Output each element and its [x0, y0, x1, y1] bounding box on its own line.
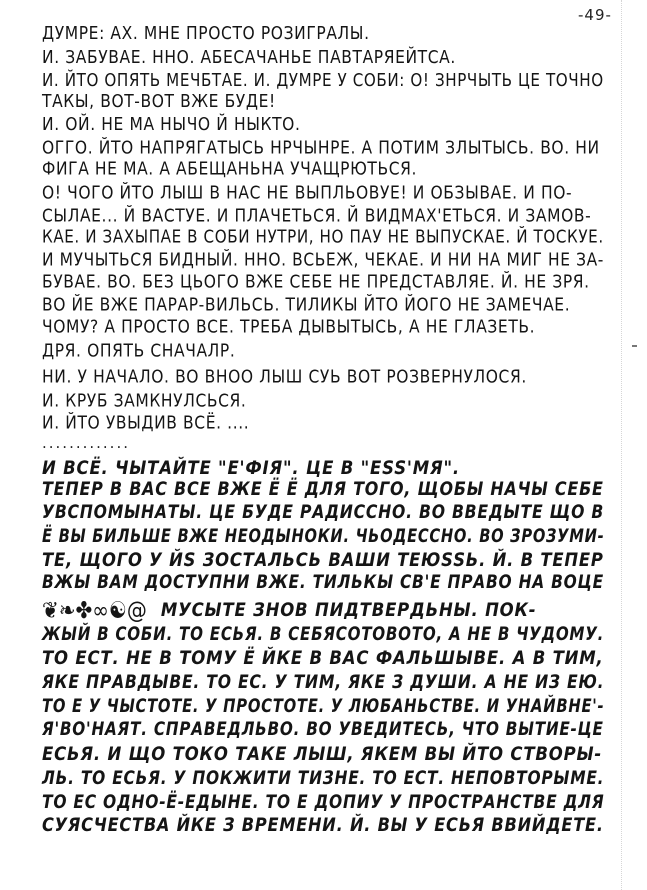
- handwritten-page: -49- ДУМРЕ: АХ. МНЕ ПРОСТО РОЗИГРАЛЫ. И.…: [0, 0, 647, 890]
- text-line: ТАКЫ, ВОТ-ВОТ ВЖЕ БУДЕ!: [42, 91, 276, 112]
- text-line: ТО ЕСТ. НЕ В ТОМУ Ё ЙКЕ В ВАС ФАЛЬШЫВЕ. …: [42, 647, 604, 669]
- text-line: БУВАЕ. ВО. БЕЗ ЦЬОГО ВЖЕ СЕБЕ НЕ ПРЕДСТА…: [42, 272, 590, 293]
- text-line: ЛЬ. ТО ЕСЬЯ. У ПОКЖИТИ ТИЗНЕ. ТО ЕСТ. НЕ…: [42, 767, 604, 789]
- text-line: ВЖЫ ВАМ ДОСТУПНИ ВЖЕ. ТИЛЬКЫ СВ'Е ПРАВО …: [42, 571, 604, 593]
- text-line-tail: МУСЫТЕ ЗНОВ ПИДТВЕРДЬНЫ. ПОК-: [161, 599, 537, 621]
- page-number: -49-: [578, 6, 612, 24]
- text-line: ТО ЕС ОДНО-Ё-ЕДЫНЕ. ТО Е ДОПИУ У ПРОСТРА…: [42, 791, 604, 813]
- text-line: ЕСЬЯ. И ЩО ТОКО ТАКЕ ЛЫШ, ЯКЕМ ВЫ ЙТО СТ…: [42, 743, 602, 765]
- text-line: ТЕПЕР В ВАС ВСЕ ВЖЕ Ё Ё ДЛЯ ТОГО, ЩОБЫ Н…: [42, 478, 604, 500]
- text-line: ОГГО. ЙТО НАПРЯГАТЫСЬ НРЧЫНРЕ. А ПОТИМ З…: [42, 138, 600, 159]
- text-line: ФИГА НЕ МА. А АБЕЩАНЬНА УЧАЩРЮТЬСЯ.: [42, 159, 417, 180]
- text-line: И. ОЙ. НЕ МА НЫЧО Й НЫКТО.: [42, 114, 301, 135]
- text-line: ДРЯ. ОПЯТЬ СНАЧАЛР.: [42, 341, 235, 362]
- text-line: О! ЧОГО ЙТО ЛЫШ В НАС НЕ ВЫПЛЬОВУЕ! И ОБ…: [42, 183, 572, 204]
- text-line: УВСПОМЫНАТЫ. ЦЕ БУДЕ РАДИССНО. ВО ВВЕДЫТ…: [42, 501, 604, 523]
- text-line: ВО ЙЕ ВЖЕ ПАРАР-ВИЛЬСЬ. ТИЛИКЫ ЙТО ЙОГО …: [42, 295, 570, 316]
- text-line: И. ЗАБУВАЕ. ННО. АБЕСАЧАНЬЕ ПАВТАРЯЕЙТСА…: [42, 47, 456, 68]
- text-line: ДУМРЕ: АХ. МНЕ ПРОСТО РОЗИГРАЛЫ.: [42, 23, 370, 44]
- text-line: И. ЙТО ОПЯТЬ МЕЧБТАЕ. И. ДУМРЕ У СОБИ: О…: [42, 70, 604, 91]
- text-line: И ВСЁ. ЧЫТАЙТЕ "Е'ФІЯ". ЦЕ В "ЕSS'МЯ".: [42, 457, 460, 479]
- text-line: СЫЛАЕ... Й ВАСТУЕ. И ПЛАЧЕТЬСЯ. Й ВИДМАХ…: [42, 206, 591, 227]
- text-line: ТО Е У ЧЫСТОТЕ. У ПРОСТОТЕ. У ЛЮБАНЬСТВЕ…: [42, 695, 604, 717]
- text-line: ЖЫЙ В СОБИ. ТО ЕСЬЯ. В СЕБЯСОТОВОТО, А Н…: [42, 623, 604, 645]
- text-line: Я'ВО'НАЯТ. СПРАВЕДЛЬВО. ВО УВЕДИТЕСЬ, ЧТ…: [42, 718, 604, 740]
- margin-mark: [632, 345, 637, 347]
- text-line: ЧОМУ? А ПРОСТО ВСЕ. ТРЕБА ДЫВЫТЫСЬ, А НЕ…: [42, 317, 535, 338]
- separator-dots: .............: [42, 434, 130, 452]
- text-line: НИ. У НАЧАЛО. ВО ВНОО ЛЫШ СУЬ ВОТ РОЗВЕР…: [42, 367, 527, 388]
- text-line: И. ЙТО УВЫДИВ ВСЁ. ....: [42, 413, 249, 434]
- text-line: СУЯСЧЕСТВА ЙКЕ З ВРЕМЕНИ. Й. ВЫ У ЕСЬЯ В…: [42, 814, 604, 836]
- text-line: И. КРУБ ЗАМКНУЛСЬСЯ.: [42, 391, 246, 412]
- text-line: КАЕ. И ЗАХЫПАЕ В СОБИ НУТРИ, НО ПАУ НЕ В…: [42, 227, 604, 248]
- text-line: ❦❧✤∞☯@МУСЫТЕ ЗНОВ ПИДТВЕРДЬНЫ. ПОК-: [42, 596, 536, 624]
- scan-edge-dotted-line: [621, 0, 622, 890]
- text-line: Ё ВЫ БИЛЬШЕ ВЖЕ НЕОДЫНОКИ. ЧЬОДЕССНО. ВО…: [42, 525, 604, 547]
- decorative-flourish-icon: ❦❧✤∞☯@: [42, 596, 147, 624]
- text-line: ЯКЕ ПРАВДЫВЕ. ТО ЕС. У ТИМ, ЯКЕ З ДУШИ. …: [42, 671, 604, 693]
- text-line: И МУЧЫТЬСЯ БИДНЫЙ. ННО. ВСЬЕЖ, ЧЕКАЕ. И …: [42, 250, 604, 271]
- text-line: ТЕ, ЩОГО У ЙS ЗОСТАЛЬСЬ ВАШИ ТЕЮSSЬ. Й. …: [42, 549, 604, 571]
